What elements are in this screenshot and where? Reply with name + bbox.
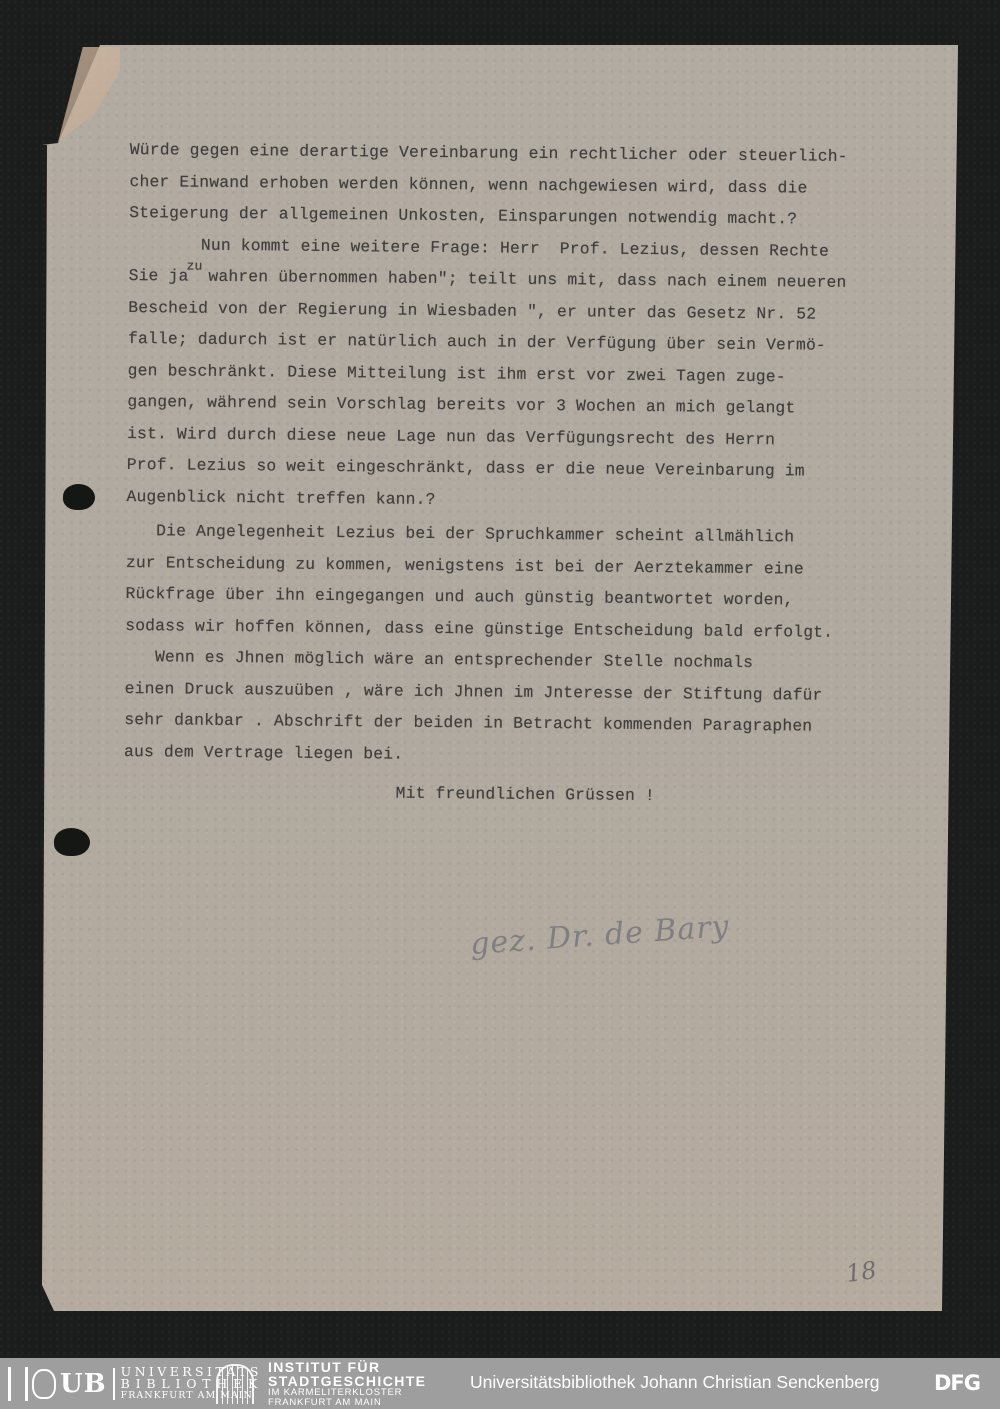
punch-hole-top xyxy=(63,484,95,510)
text-fragment: wahren übernommen haben"; teilt uns mit,… xyxy=(208,267,846,292)
text-fragment: Sie ja xyxy=(129,266,189,286)
isg-logo[interactable]: INSTITUT FÜR STADTGESCHICHTE IM KARMELIT… xyxy=(216,1364,426,1404)
footer-title: Universitätsbibliothek Johann Christian … xyxy=(470,1372,880,1393)
handwritten-insertion: zu xyxy=(186,259,202,274)
isg-logo-line: STADTGESCHICHTE xyxy=(268,1374,426,1388)
isg-logo-text: INSTITUT FÜR STADTGESCHICHTE IM KARMELIT… xyxy=(268,1360,426,1408)
isg-logo-line: INSTITUT FÜR xyxy=(268,1360,426,1374)
logo-divider xyxy=(113,1368,115,1400)
footer-bar: UB UNIVERSITÄTS BIBLIOTHEK FRANKFURT AM … xyxy=(0,1358,1000,1409)
arch-icon xyxy=(216,1364,254,1404)
dfg-logo[interactable]: DFG xyxy=(934,1371,980,1395)
text-line: aus dem Vertrage liegen bei. xyxy=(124,735,944,774)
ub-mark: UB xyxy=(60,1369,107,1399)
column-icon xyxy=(8,1367,28,1401)
handwritten-page-number: 18 xyxy=(844,1256,878,1288)
letter-body: Würde gegen eine derartige Vereinbarung … xyxy=(124,134,950,814)
punch-hole-bottom xyxy=(54,828,90,856)
isg-logo-line: FRANKFURT AM MAIN xyxy=(268,1398,426,1408)
portrait-icon xyxy=(32,1369,56,1399)
